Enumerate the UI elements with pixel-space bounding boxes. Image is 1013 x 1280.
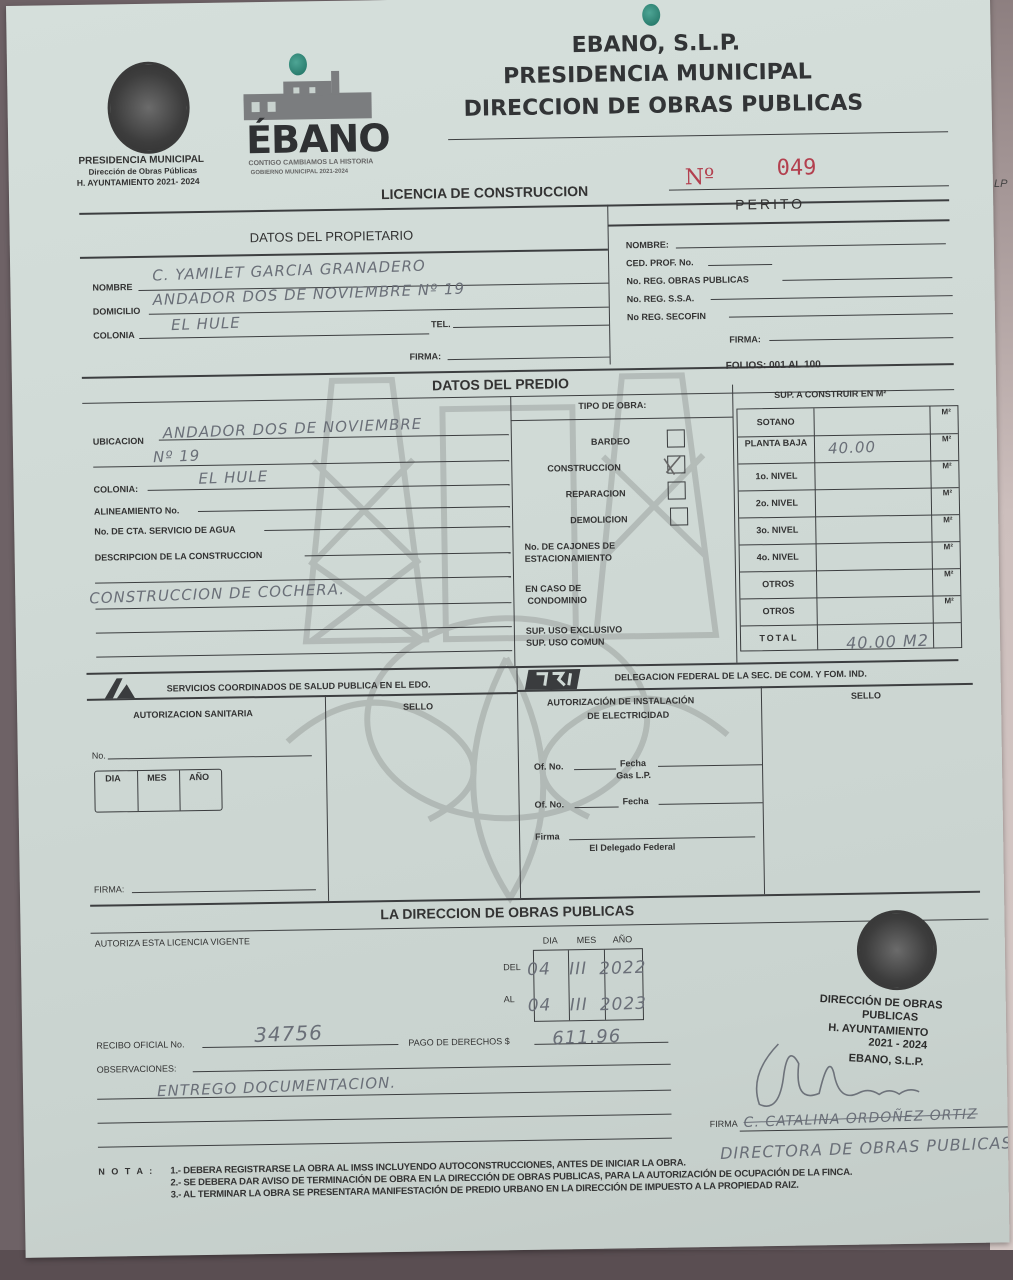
seal-caption-line2: Dirección de Obras Públicas — [89, 166, 198, 177]
salud-date-ano: AÑO — [189, 772, 209, 782]
secofi-of-no-label-2: Of. No. — [535, 799, 565, 809]
tipo-obra-construccion-label: CONSTRUCCION — [547, 462, 621, 473]
tipo-obra-reparacion-checkbox[interactable] — [668, 481, 686, 499]
header-city: EBANO, S.L.P. — [571, 30, 740, 58]
perito-reg-ssa-field[interactable] — [711, 295, 953, 300]
secofi-gas-label: Gas L.P. — [616, 770, 651, 781]
predio-colonia-label: COLONIA: — [94, 484, 139, 495]
owner-colonia-field[interactable]: EL HULE — [171, 314, 241, 335]
vigencia-al-label: AL — [504, 994, 515, 1004]
construction-license-form: PRESIDENCIA MUNICIPAL Dirección de Obras… — [6, 0, 1010, 1258]
superficie-row-label: 3o. NIVEL — [739, 524, 815, 536]
condominio-label: EN CASO DE — [525, 583, 581, 594]
predio-descripcion-label: DESCRIPCION DE LA CONSTRUCCION — [95, 550, 263, 563]
superficie-unit: M² — [944, 596, 953, 605]
pago-label: PAGO DE DERECHOS $ — [408, 1036, 510, 1048]
salud-sello-label: SELLO — [403, 701, 433, 711]
superficie-grid: SOTANOM²PLANTA BAJA40.00M²1o. NIVELM²2o.… — [736, 405, 962, 651]
salud-firma-label: FIRMA: — [94, 884, 125, 894]
vigencia-del-mes[interactable]: III — [569, 959, 588, 980]
secofi-firma-label: Firma — [535, 831, 560, 841]
uso-comun-label: SUP. USO COMUN — [526, 637, 605, 648]
owner-section-title: DATOS DEL PROPIETARIO — [250, 228, 414, 246]
predio-section-title: DATOS DEL PREDIO — [432, 375, 569, 393]
recibo-field[interactable]: 34756 — [254, 1020, 323, 1046]
salud-no-label: No. — [92, 751, 106, 761]
vigencia-al-dia[interactable]: 04 — [527, 995, 551, 1016]
official-stamp-seal-icon — [856, 909, 937, 990]
predio-alineamiento-label: ALINEAMIENTO No. — [94, 505, 179, 516]
superficie-row-value[interactable]: 40.00 — [828, 438, 877, 458]
seal-caption-line1: PRESIDENCIA MUNICIPAL — [78, 154, 204, 167]
superficie-unit: M² — [943, 488, 952, 497]
superficie-unit: M² — [943, 515, 952, 524]
secofi-fecha-label-2: Fecha — [622, 796, 648, 806]
perito-signature-field[interactable] — [769, 337, 953, 341]
pushpin-icon — [642, 4, 660, 26]
license-number-label: Nº — [685, 165, 715, 190]
tipo-obra-bardeo-checkbox[interactable] — [667, 429, 685, 447]
perito-reg-ssa-label: No. REG. S.S.A. — [627, 293, 695, 304]
ebano-building-logo-icon — [243, 70, 374, 122]
perito-reg-obras-field[interactable] — [782, 277, 952, 281]
salud-date-mes: MES — [147, 773, 167, 783]
superficie-row-label: OTROS — [741, 605, 817, 617]
superficie-title: SUP. A CONSTRUIR EN M² — [774, 388, 886, 400]
observaciones-label: OBSERVACIONES: — [97, 1063, 177, 1074]
owner-name-label: NOMBRE — [92, 282, 132, 293]
vigencia-del-label: DEL — [503, 962, 521, 972]
vigencia-dia-header: DIA — [543, 935, 558, 945]
superficie-row-label: 2o. NIVEL — [739, 497, 815, 509]
owner-signature-label: FIRMA: — [409, 351, 441, 361]
owner-name-field[interactable]: C. YAMILET GARCIA GRANADERO — [152, 257, 426, 285]
license-title: LICENCIA DE CONSTRUCCION — [381, 183, 588, 202]
secofi-sello-label: SELLO — [851, 690, 881, 700]
secofi-fecha-label-1: Fecha — [620, 758, 646, 768]
superficie-row-label: OTROS — [740, 578, 816, 590]
tipo-obra-construccion-checkbox[interactable] — [667, 455, 685, 473]
vigencia-ano-header: AÑO — [613, 934, 633, 944]
predio-ubicacion-number[interactable]: Nº 19 — [153, 447, 201, 467]
owner-address-label: DOMICILIO — [93, 306, 141, 317]
cajones-label: No. DE CAJONES DE — [524, 541, 615, 552]
direccion-firma-label: FIRMA — [710, 1119, 738, 1129]
superficie-unit: M² — [942, 434, 951, 443]
owner-colonia-label: COLONIA — [93, 330, 135, 341]
vigencia-al-ano[interactable]: 2023 — [599, 994, 647, 1016]
perito-reg-obras-label: No. REG. OBRAS PUBLICAS — [626, 274, 749, 286]
cajones-label-2: ESTACIONAMIENTO — [525, 553, 612, 564]
secofi-delegado-label: El Delegado Federal — [589, 842, 675, 853]
header-office: PRESIDENCIA MUNICIPAL — [503, 59, 812, 89]
vigencia-al-mes[interactable]: III — [569, 995, 588, 1016]
salud-logo-icon — [103, 676, 137, 701]
superficie-unit: M² — [941, 407, 950, 416]
owner-tel-label: TEL. — [431, 319, 451, 329]
superficie-row-label: PLANTA BAJA — [738, 437, 814, 449]
superficie-table: SOTANOM²PLANTA BAJA40.00M²1o. NIVELM²2o.… — [6, 0, 990, 6]
superficie-total-label: TOTAL — [741, 632, 817, 644]
recibo-label: RECIBO OFICIAL No. — [96, 1039, 184, 1050]
superficie-row-label: 1o. NIVEL — [738, 470, 814, 482]
tipo-obra-reparacion-label: REPARACION — [566, 488, 626, 499]
salud-auth-title: AUTORIZACION SANITARIA — [133, 708, 253, 720]
perito-section-title: PERITO — [735, 195, 805, 212]
ebano-logo-subtitle: GOBIERNO MUNICIPAL 2021-2024 — [251, 169, 349, 177]
perito-reg-secofin-label: No REG. SECOFIN — [627, 311, 706, 322]
check-mark-icon — [662, 454, 682, 476]
owner-address-field[interactable]: ANDADOR DOS DE NOVIEMBRE Nº 19 — [152, 280, 465, 309]
folios-range: FOLIOS: 001 AL 100 — [726, 359, 821, 371]
direccion-autoriza-label: AUTORIZA ESTA LICENCIA VIGENTE — [95, 936, 250, 948]
perito-name-label: NOMBRE: — [626, 240, 669, 251]
salud-date-table: DIA MES AÑO — [94, 769, 223, 813]
owner-tel-field[interactable] — [453, 325, 609, 328]
tipo-obra-demolicion-label: DEMOLICION — [570, 514, 628, 525]
mexico-coat-of-arms-icon — [107, 61, 190, 154]
vigencia-del-ano[interactable]: 2022 — [599, 958, 647, 980]
vigencia-del-dia[interactable]: 04 — [527, 959, 551, 980]
salud-date-dia: DIA — [105, 773, 121, 783]
nota-label: N O T A : — [98, 1166, 154, 1177]
margin-note: LP — [994, 178, 1007, 190]
header-department: DIRECCION DE OBRAS PUBLICAS — [463, 91, 863, 122]
predio-ubicacion-label: UBICACION — [93, 436, 144, 447]
ebano-logo-text: ÉBANO — [246, 116, 390, 162]
vigencia-mes-header: MES — [577, 935, 597, 945]
perito-signature-label: FIRMA: — [729, 334, 761, 344]
superficie-total-value[interactable]: 40.00 M2 — [846, 631, 930, 653]
superficie-unit: M² — [944, 569, 953, 578]
ebano-logo-tagline: CONTIGO CAMBIAMOS LA HISTORIA — [248, 158, 373, 167]
superficie-row-label: 4o. NIVEL — [740, 551, 816, 563]
tipo-obra-demolicion-checkbox[interactable] — [670, 507, 688, 525]
license-number: 049 — [776, 155, 816, 181]
seal-caption-line3: H. AYUNTAMIENTO 2021- 2024 — [77, 176, 200, 188]
tipo-obra-title: TIPO DE OBRA: — [578, 400, 646, 411]
direccion-title: LA DIRECCION DE OBRAS PUBLICAS — [380, 902, 634, 922]
superficie-row-label: SOTANO — [738, 416, 814, 428]
perito-name-field[interactable] — [676, 243, 946, 248]
perito-cedula-field[interactable] — [708, 264, 772, 266]
stamp-line2: PUBLICAS — [862, 1009, 919, 1024]
perito-reg-secofin-field[interactable] — [729, 313, 953, 318]
secofi-of-no-label-1: Of. No. — [534, 761, 564, 771]
predio-agua-label: No. DE CTA. SERVICIO DE AGUA — [94, 524, 235, 536]
direccion-firma-title: DIRECTORA DE OBRAS PUBLICAS — [720, 1133, 1010, 1163]
pago-field[interactable]: 611.96 — [552, 1026, 622, 1050]
superficie-unit: M² — [944, 542, 953, 551]
tipo-obra-bardeo-label: BARDEO — [591, 436, 630, 447]
perito-cedula-label: CED. PROF. No. — [626, 257, 694, 268]
uso-exclusivo-label: SUP. USO EXCLUSIVO — [526, 624, 623, 636]
condominio-label-2: CONDOMINIO — [527, 595, 587, 606]
superficie-unit: M² — [942, 461, 951, 470]
predio-colonia-field[interactable]: EL HULE — [198, 467, 268, 488]
secofi-auth-title-2: DE ELECTRICIDAD — [587, 710, 669, 721]
